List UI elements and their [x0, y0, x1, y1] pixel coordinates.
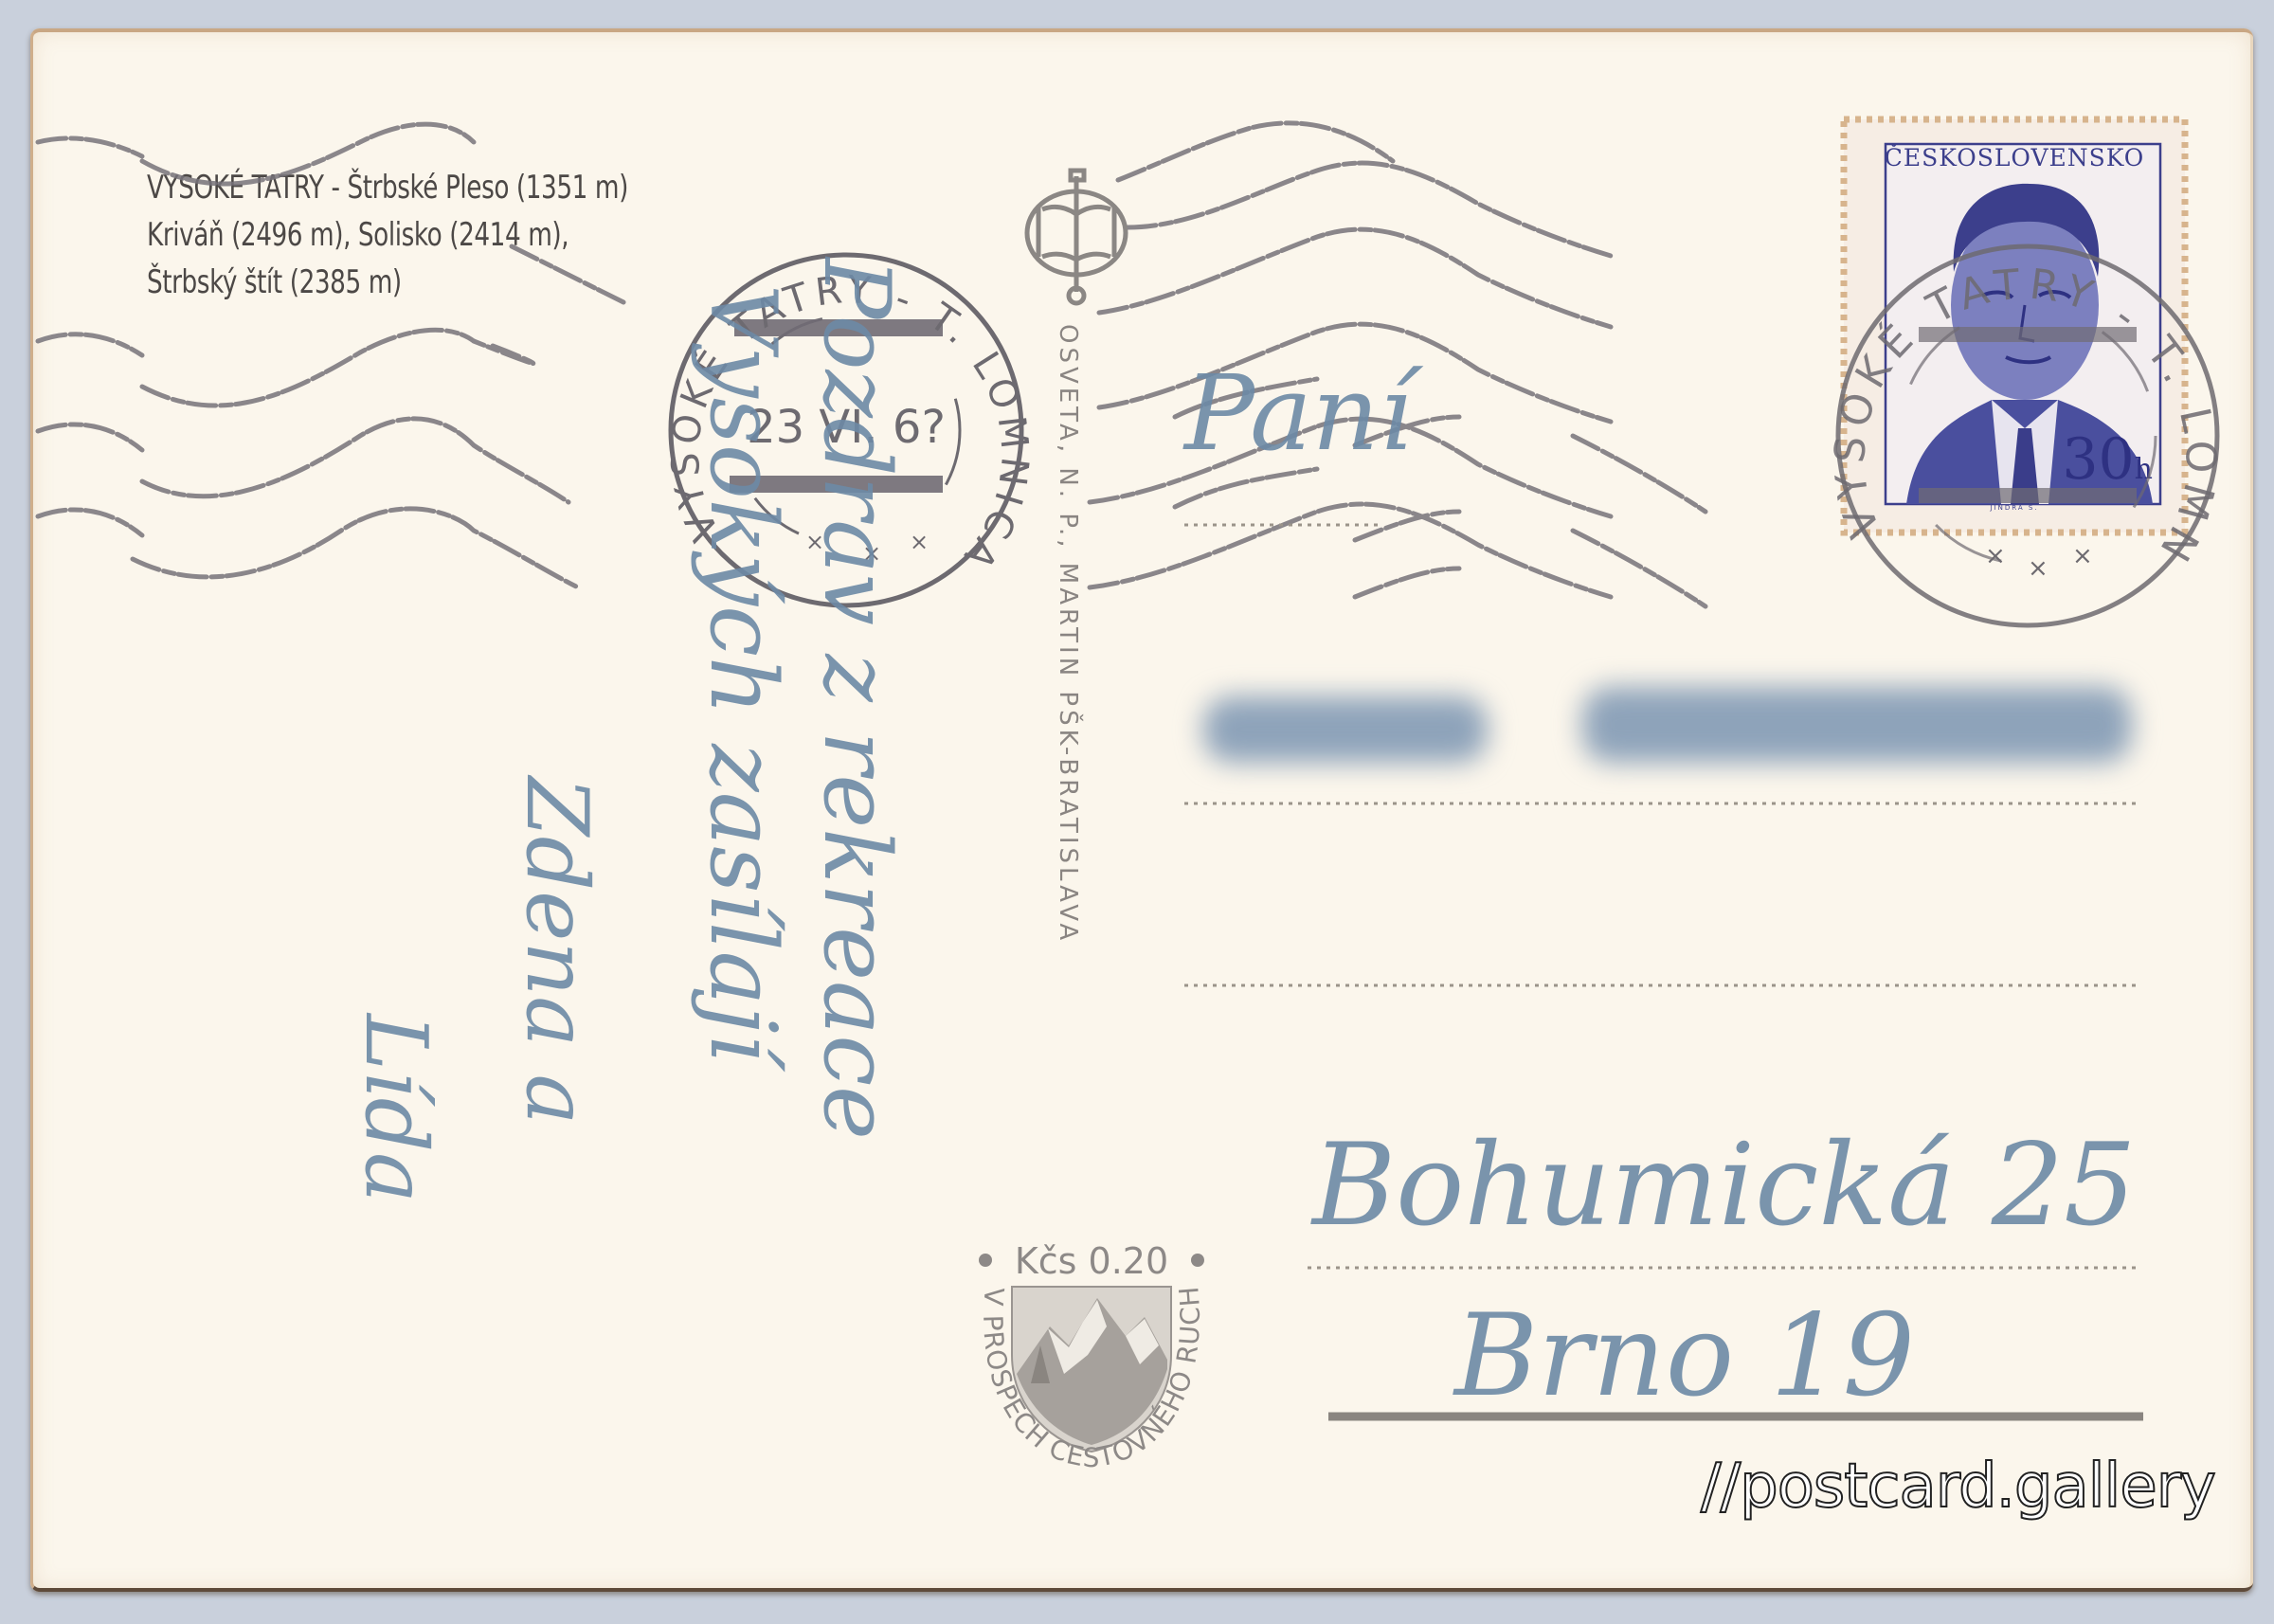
price-stamp: Kčs 0.20 V PROSPECH CESTOVNÉHO RUCHU: [965, 1232, 1218, 1478]
message-line-2: Vysokých zasílají: [690, 284, 796, 1062]
stamp-value: 30h: [2062, 426, 2153, 493]
message-line-4: Lída: [346, 1014, 445, 1203]
message-line-3: Zdena a: [507, 777, 606, 1125]
caption-line-3: Štrbský štít (2385 m): [147, 263, 402, 301]
salutation: Paní: [1184, 352, 1413, 474]
address-city: Brno 19: [1454, 1290, 1915, 1422]
watermark: //postcard.gallery: [1701, 1452, 2215, 1522]
price-label: Kčs 0.20: [1015, 1240, 1168, 1282]
caption-line-2: Kriváň (2496 m), Solisko (2414 m),: [147, 216, 568, 254]
message-line-1: Pozdrav z rekreace: [803, 258, 910, 1140]
caption-line-1: VYSOKÉ TATRY - Štrbské Pleso (1351 m): [147, 169, 628, 207]
stamp-engraver: JINDRA S.: [1840, 504, 2189, 512]
book-globe-logo-icon: [1021, 167, 1133, 309]
svg-text:×: ×: [910, 529, 929, 555]
address-street: Bohumická 25: [1312, 1120, 2136, 1252]
recipient-name-blurred: [1184, 668, 2170, 791]
publisher-imprint: OSVETA, N. P., MARTIN PŠK-BRATISLAVA: [1054, 324, 1082, 944]
stamp-country: ČESKOSLOVENSKO: [1840, 144, 2189, 171]
postage-stamp: ČESKOSLOVENSKO 30h JINDRA S.: [1840, 116, 2189, 536]
